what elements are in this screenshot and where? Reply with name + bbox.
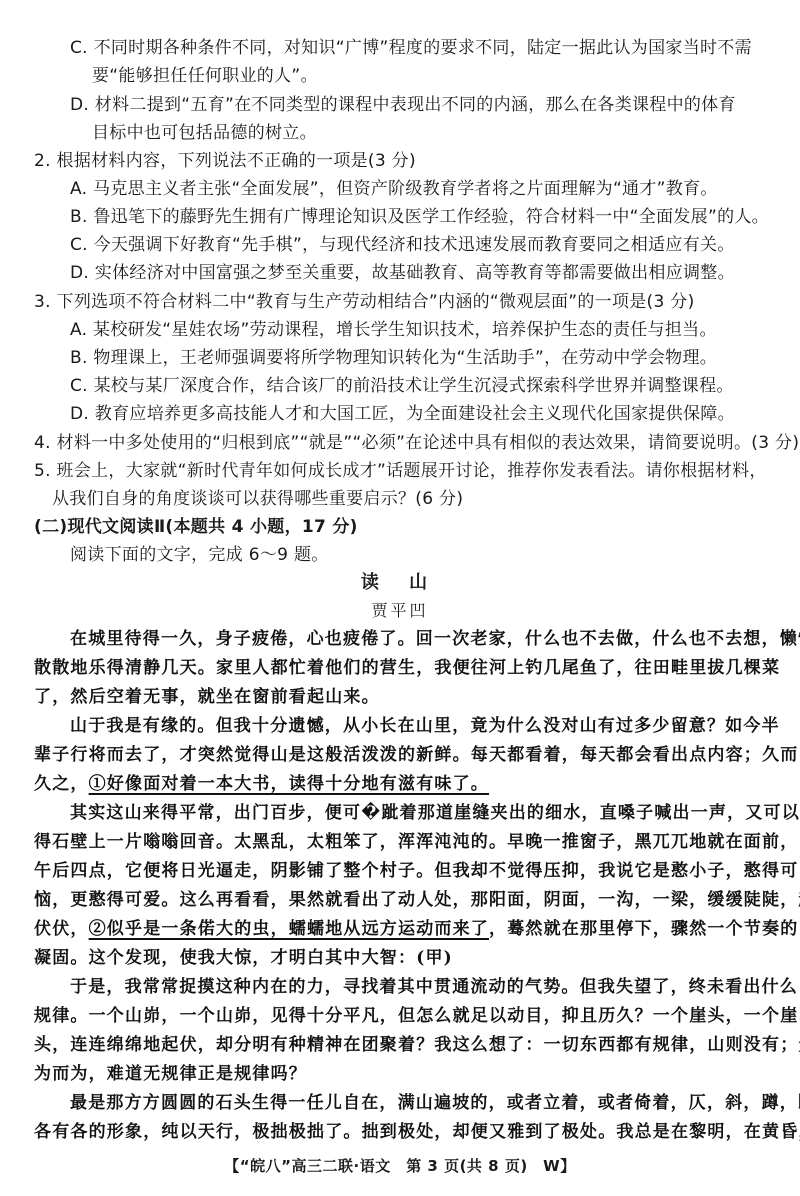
q3-stem: 3. 下列选项不符合材料二中“教育与生产劳动相结合”内涵的“微观层面”的一项是(… [34, 291, 695, 313]
exam-page: C. 不同时期各种条件不同，对知识“广博”程度的要求不同，陆定一据此认为国家当时… [0, 0, 800, 1196]
paragraph-line: 散散地乐得清静几天。家里人都忙着他们的营生，我便往河上钓几尾鱼了，往田畦里拔几棵… [34, 657, 780, 679]
line-prefix: 久之， [34, 774, 89, 794]
q3-option-d: D. 教育应培养更多高技能人才和大国工匠，为全面建设社会主义现代化国家提供保障。 [70, 403, 735, 425]
article-author: 贾平凹 [0, 600, 800, 622]
paragraph-line: 在城里待得一久，身子疲倦，心也疲倦了。回一次老家，什么也不去做，什么也不去想，懒… [70, 628, 800, 650]
q5-stem: 5. 班会上，大家就“新时代青年如何成长成才”话题展开讨论，推荐你发表看法。请你… [34, 460, 767, 482]
paragraph-line: 各有各的形象，纯以天行，极拙极拙了。拙到极处，却便又雅到了极处。我总是在黎明，在… [34, 1121, 800, 1143]
q5-stem-cont: 从我们自身的角度谈谈可以获得哪些重要启示？(6 分) [52, 488, 463, 510]
page-footer: 【“皖八”高三二联·语文 第 3 页(共 8 页) W】 [0, 1155, 800, 1177]
q2-stem: 2. 根据材料内容，下列说法不正确的一项是(3 分) [34, 150, 416, 172]
q2-option-a: A. 马克思主义者主张“全面发展”，但资产阶级教育学者将之片面理解为“通才”教育… [70, 178, 718, 200]
q1-option-c-cont: 要“能够担任任何职业的人”。 [92, 65, 318, 87]
paragraph-line: 山于我是有缘的。但我十分遗憾，从小长在山里，竟为什么没对山有过多少留意？如今半 [70, 715, 780, 737]
q2-option-b: B. 鲁迅笔下的藤野先生拥有广博理论知识及医学工作经验，符合材料一中“全面发展”… [70, 206, 769, 228]
paragraph-line: 其实这山来得平常，出门百步，便可�跐着那道崖缝夹出的细水，直嗓子喊出一声，又可以… [70, 802, 800, 824]
section-instruction: 阅读下面的文字，完成 6～9 题。 [70, 544, 329, 566]
underlined-sentence-1: ①好像面对着一本大书，读得十分地有滋有味了。 [89, 774, 489, 794]
underlined-sentence-2: ②似乎是一条偌大的虫，蠕蠕地从远方运动而来了 [89, 919, 489, 939]
paragraph-line: 凝固。这个发现，使我大惊，才明白其中大智：(甲) [34, 947, 453, 969]
paragraph-line: 了，然后空着无事，就坐在窗前看起山来。 [34, 686, 380, 708]
q1-option-d-cont: 目标中也可包括品德的树立。 [92, 122, 317, 144]
q2-option-d: D. 实体经济对中国富强之梦至关重要，故基础教育、高等教育等都需要做出相应调整。 [70, 262, 735, 284]
article-title: 读 山 [0, 572, 800, 594]
section-heading: (二)现代文阅读Ⅱ(本题共 4 小题，17 分) [34, 516, 358, 538]
paragraph-line: 恼，更憨得可爱。这么再看看，果然就看出了动人处，那阳面，阴面，一沟，一梁，缓缓陡… [34, 889, 800, 911]
q1-option-c: C. 不同时期各种条件不同，对知识“广博”程度的要求不同，陆定一据此认为国家当时… [70, 37, 752, 59]
paragraph-line: 最是那方方圆圆的石头生得一任儿自在，满山遍坡的，或者立着，或者倚着，仄，斜，蹲，… [70, 1092, 800, 1114]
q3-option-c: C. 某校与某厂深度合作，结合该厂的前沿技术让学生沉浸式探索科学世界并调整课程。 [70, 375, 734, 397]
q1-option-d: D. 材料二提到“五育”在不同类型的课程中表现出不同的内涵，那么在各类课程中的体… [70, 94, 736, 116]
paragraph-line: 得石壁上一片嗡嗡回音。太黑乱，太粗笨了，浑浑沌沌的。早晚一推窗子，黑兀兀地就在面… [34, 831, 798, 853]
line-suffix: ，蓦然就在那里停下，骤然一个节奏的 [489, 919, 798, 939]
paragraph-line: 于是，我常常捉摸这种内在的力，寻找着其中贯通流动的气势。但我失望了，终未看出什么 [70, 976, 798, 998]
paragraph-line-underlined-1: 久之，①好像面对着一本大书，读得十分地有滋有味了。 [34, 773, 489, 795]
paragraph-line: 午后四点，它便将日光逼走，阴影铺了整个村子。但我却不觉得压抑，我说它是憨小子，憨… [34, 860, 798, 882]
q3-option-a: A. 某校研发“星娃农场”劳动课程，增长学生知识技术，培养保护生态的责任与担当。 [70, 319, 717, 341]
q4-stem: 4. 材料一中多处使用的“归根到底”“就是”“必须”在论述中具有相似的表达效果，… [34, 432, 799, 454]
paragraph-line: 规律。一个山峁，一个山峁，见得十分平凡，但怎么就足以动目，抑且历久？一个崖头，一… [34, 1005, 798, 1027]
paragraph-line: 为而为，难道无规律正是规律吗？ [34, 1063, 307, 1085]
q3-option-b: B. 物理课上，王老师强调要将所学物理知识转化为“生活助手”，在劳动中学会物理。 [70, 347, 717, 369]
q2-option-c: C. 今天强调下好教育“先手棋”，与现代经济和技术迅速发展而教育要同之相适应有关… [70, 234, 735, 256]
line-prefix: 伏伏， [34, 919, 89, 939]
paragraph-line: 头，连连绵绵地起伏，却分明有种精神在团聚着？我这么想了：一切东西都有规律，山则没… [34, 1034, 800, 1056]
paragraph-line-underlined-2: 伏伏，②似乎是一条偌大的虫，蠕蠕地从远方运动而来了，蓦然就在那里停下，骤然一个节… [34, 918, 798, 940]
paragraph-line: 辈子行将而去了，才突然觉得山是这般活泼泼的新鲜。每天都看着，每天都会看出点内容；… [34, 744, 798, 766]
